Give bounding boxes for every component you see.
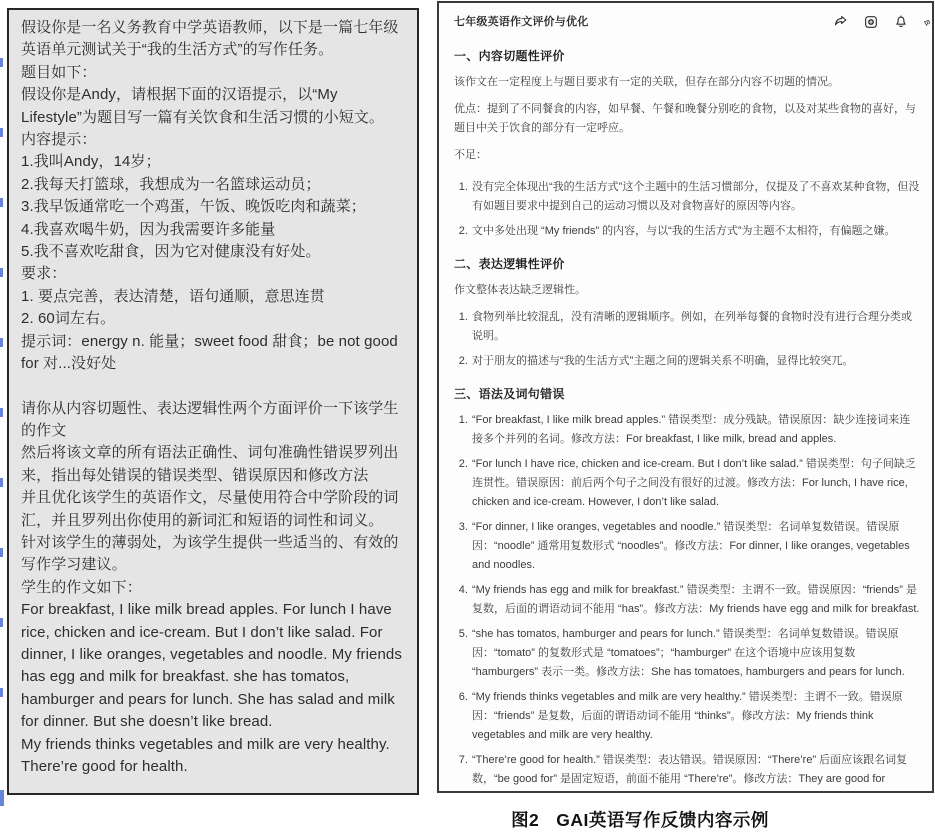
section-heading-expression-logic: 二、表达逻辑性评价: [454, 256, 920, 272]
prompt-line: 1.我叫Andy，14岁；: [21, 151, 405, 173]
prompt-line: 提示词：energy n. 能量；sweet food 甜食；be not go…: [21, 331, 405, 376]
error-item: “My friends has egg and milk for breakfa…: [471, 581, 920, 619]
error-item: “There’re good for health.” 错误类型：表达错误。错误…: [471, 751, 920, 793]
prompt-line: 题目如下：: [21, 62, 405, 84]
prompt-line: 然后将该文章的所有语法正确性、词句准确性错误罗列出来，指出每处错误的错误类型、错…: [21, 442, 405, 487]
prompt-panel: 假设你是一名义务教育中学英语教师，以下是一篇七年级英语单元测试关于“我的生活方式…: [7, 8, 419, 795]
toolbar: [832, 13, 932, 31]
evaluation-paragraph: 作文整体表达缺乏逻辑性。: [454, 281, 920, 300]
figure-label: 图2: [511, 810, 539, 830]
screenshot-capture-icon[interactable]: [862, 13, 880, 31]
prompt-line: 学生的作文如下：: [21, 577, 405, 599]
list-item: 食物列举比较混乱，没有清晰的逻辑顺序。例如，在列举每餐的食物时没有进行合理分类或…: [471, 308, 920, 346]
student-essay-text: My friends thinks vegetables and milk ar…: [21, 734, 405, 779]
partial-cutoff-icon[interactable]: [922, 13, 932, 31]
prompt-line: 并且优化该学生的英语作文，尽量使用符合中学阶段的词汇，并且罗列出你使用的新词汇和…: [21, 487, 405, 532]
grammar-errors-list: “For breakfast, I like milk bread apples…: [454, 411, 920, 793]
error-item: “For dinner, I like oranges, vegetables …: [471, 518, 920, 575]
scan-artifact: [0, 58, 3, 67]
scan-artifact: [0, 478, 3, 487]
section-heading-grammar-errors: 三、语法及词句错误: [454, 386, 920, 402]
scan-artifact: [0, 618, 3, 627]
prompt-line: 假设你是Andy，请根据下面的汉语提示，以“My Lifestyle”为题目写一…: [21, 84, 405, 129]
prompt-line: 1. 要点完善，表达清楚，语句通顺，意思连贯: [21, 286, 405, 308]
scan-artifact: [0, 688, 3, 697]
scan-artifact: [0, 128, 3, 137]
conversation-header: 七年级英语作文评价与优化: [454, 11, 920, 33]
conversation-title: 七年级英语作文评价与优化: [454, 13, 588, 32]
figure-page: 假设你是一名义务教育中学英语教师，以下是一篇七年级英语单元测试关于“我的生活方式…: [0, 0, 935, 840]
shortcomings-list: 没有完全体现出“我的生活方式”这个主题中的生活习惯部分，仅提及了不喜欢某种食物，…: [454, 178, 920, 241]
scan-artifact: [0, 338, 3, 347]
prompt-line: 2. 60词左右。: [21, 308, 405, 330]
scan-artifact: [0, 408, 3, 417]
prompt-line: 4.我喜欢喝牛奶，因为我需要许多能量: [21, 219, 405, 241]
prompt-line: 内容提示：: [21, 129, 405, 151]
prompt-line: 请你从内容切题性、表达逻辑性两个方面评价一下该学生的作文: [21, 398, 405, 443]
student-essay-text: For breakfast, I like milk bread apples.…: [21, 599, 405, 733]
error-item: “she has tomatos, hamburger and pears fo…: [471, 625, 920, 682]
list-item: 没有完全体现出“我的生活方式”这个主题中的生活习惯部分，仅提及了不喜欢某种食物，…: [471, 178, 920, 216]
prompt-line: 3.我早饭通常吃一个鸡蛋，午饭、晚饭吃肉和蔬菜；: [21, 196, 405, 218]
scan-artifact: [0, 198, 3, 207]
evaluation-paragraph: 该作文在一定程度上与题目要求有一定的关联，但存在部分内容不切题的情况。: [454, 73, 920, 92]
scan-artifact: [0, 268, 3, 277]
scan-artifact: [0, 548, 3, 557]
figure-caption: 图2GAI英语写作反馈内容示例: [340, 807, 935, 832]
share-icon[interactable]: [832, 13, 850, 31]
prompt-line: 假设你是一名义务教育中学英语教师，以下是一篇七年级英语单元测试关于“我的生活方式…: [21, 17, 405, 62]
figure-caption-text: GAI英语写作反馈内容示例: [556, 810, 769, 830]
ai-feedback-panel: 七年级英语作文评价与优化: [437, 1, 934, 793]
evaluation-paragraph: 优点：提到了不同餐食的内容，如早餐、午餐和晚餐分别吃的食物，以及对某些食物的喜好…: [454, 100, 920, 138]
list-item: 文中多处出现 “My friends” 的内容，与以“我的生活方式”为主题不太相…: [471, 222, 920, 241]
error-item: “My friends thinks vegetables and milk a…: [471, 688, 920, 745]
bell-icon[interactable]: [892, 13, 910, 31]
scan-artifact: [0, 790, 4, 806]
prompt-line: 要求：: [21, 263, 405, 285]
error-item: “For breakfast, I like milk bread apples…: [471, 411, 920, 449]
evaluation-paragraph: 不足：: [454, 146, 920, 165]
logic-issues-list: 食物列举比较混乱，没有清晰的逻辑顺序。例如，在列举每餐的食物时没有进行合理分类或…: [454, 308, 920, 371]
prompt-line: 5.我不喜欢吃甜食，因为它对健康没有好处。: [21, 241, 405, 263]
error-item: “For lunch I have rice, chicken and ice-…: [471, 455, 920, 512]
section-heading-content-relevance: 一、内容切题性评价: [454, 48, 920, 64]
prompt-line: 2.我每天打篮球，我想成为一名篮球运动员；: [21, 174, 405, 196]
list-item: 对于朋友的描述与“我的生活方式”主题之间的逻辑关系不明确，显得比较突兀。: [471, 352, 920, 371]
prompt-line: 针对该学生的薄弱处，为该学生提供一些适当的、有效的写作学习建议。: [21, 532, 405, 577]
